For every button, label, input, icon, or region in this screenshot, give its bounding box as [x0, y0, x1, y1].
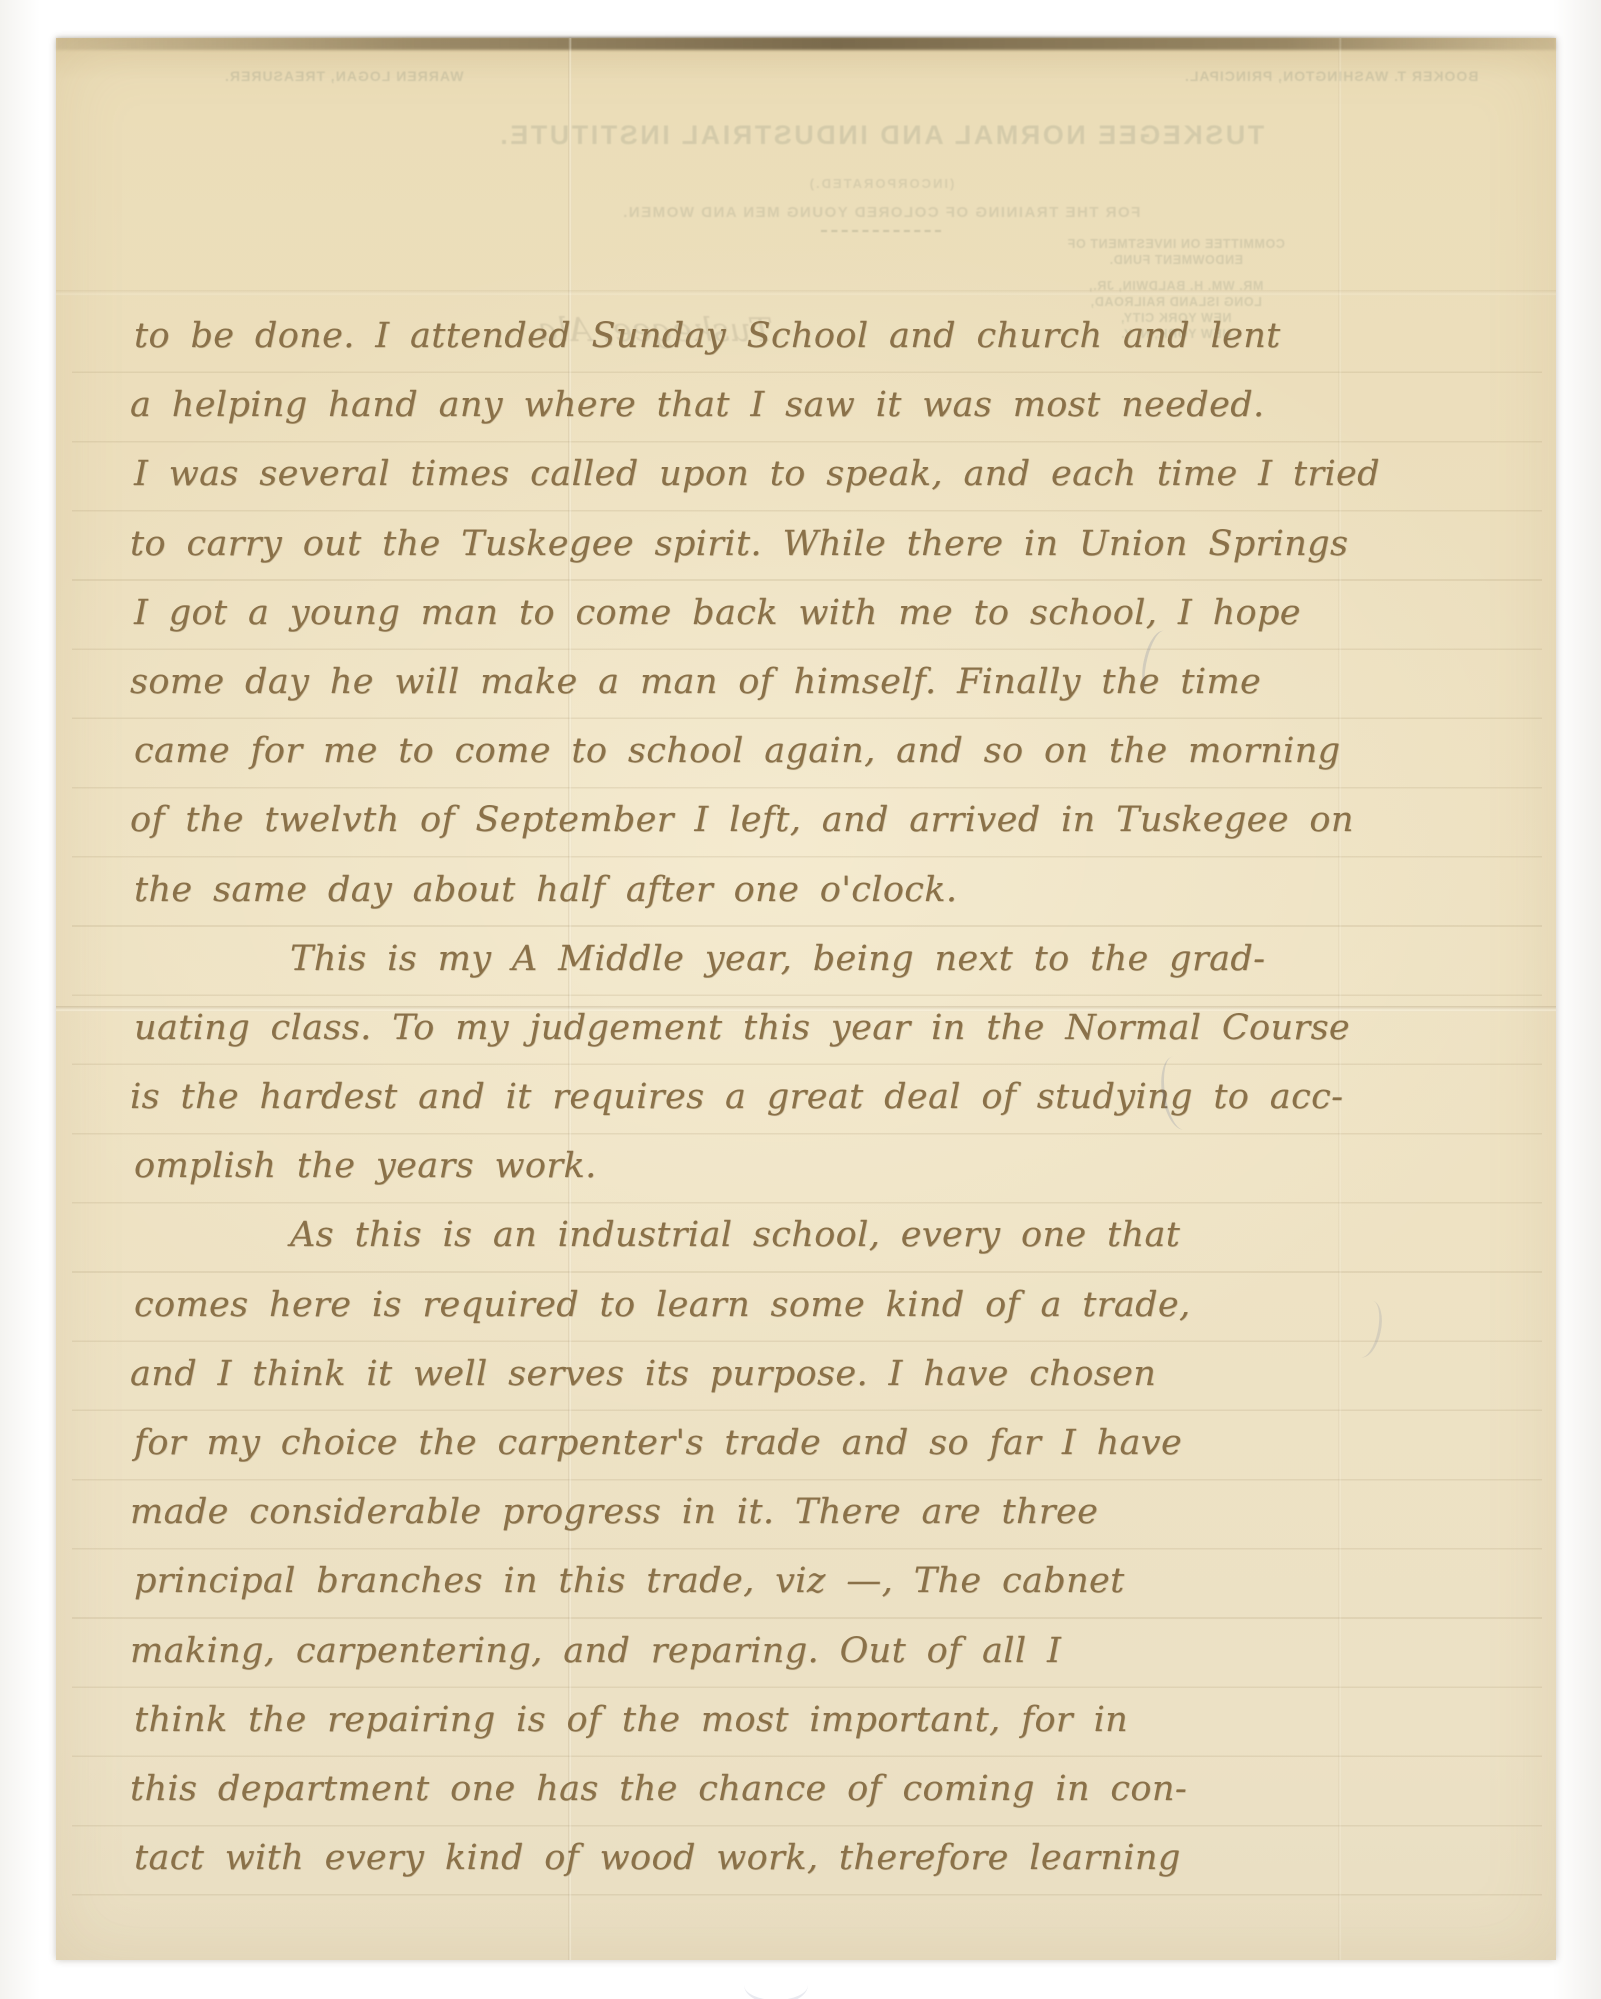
handwriting-line: omplish the years work.	[134, 1132, 1250, 1201]
handwriting-line: to be done. I attended Sunday School and…	[134, 302, 1250, 371]
bleedthrough-institute-title: TUSKEGEE NORMAL AND INDUSTRIAL INSTITUTE…	[456, 120, 1306, 151]
handwriting-line: principal branches in this trade, viz —,…	[134, 1547, 1250, 1616]
handwriting-line: the same day about half after one o'cloc…	[134, 856, 1250, 925]
handwriting-line: to carry out the Tuskegee spirit. While …	[130, 510, 1250, 579]
handwriting-line: As this is an industrial school, every o…	[130, 1201, 1250, 1270]
letter-body: to be done. I attended Sunday School and…	[130, 302, 1250, 1893]
paper-top-shadow	[56, 37, 1556, 50]
handwriting-line: came for me to come to school again, and…	[134, 717, 1250, 786]
handwriting-line: this department one has the chance of co…	[130, 1755, 1250, 1824]
pencil-smudge	[744, 1966, 808, 1999]
handwriting-line: This is my A Middle year, being next to …	[130, 925, 1250, 994]
handwriting-line: I got a young man to come back with me t…	[134, 579, 1250, 648]
handwriting-line: for my choice the carpenter's trade and …	[134, 1409, 1250, 1478]
handwriting-line: I was several times called upon to speak…	[134, 440, 1250, 509]
bleedthrough-divider-rule	[821, 230, 941, 232]
handwriting-line: and I think it well serves its purpose. …	[130, 1340, 1250, 1409]
handwriting-line: of the twelvth of September I left, and …	[130, 786, 1250, 855]
handwriting-line: tact with every kind of wood work, there…	[134, 1824, 1250, 1893]
vertical-fold-crease	[1338, 38, 1342, 1960]
letter-page: WARREN LOGAN, TREASURER. BOOKER T. WASHI…	[56, 38, 1556, 1960]
handwriting-line: making, carpentering, and reparing. Out …	[130, 1617, 1250, 1686]
handwriting-line: some day he will make a man of himself. …	[130, 648, 1250, 717]
handwriting-line: uating class. To my judgement this year …	[134, 994, 1250, 1063]
bleedthrough-principal-line: BOOKER T. WASHINGTON, PRINCIPAL.	[1184, 68, 1478, 84]
handwriting-line: comes here is required to learn some kin…	[134, 1271, 1250, 1340]
handwriting-line: a helping hand any where that I saw it w…	[130, 371, 1250, 440]
spacer	[1011, 268, 1341, 278]
bleedthrough-committee-heading2: ENDOWMENT FUND.	[1011, 252, 1341, 268]
bleedthrough-treasurer-line: WARREN LOGAN, TREASURER.	[224, 68, 463, 84]
bleedthrough-incorporated: (INCORPORATED.)	[456, 176, 1306, 191]
bleedthrough-tagline: FOR THE TRAINING OF COLORED YOUNG MEN AN…	[456, 204, 1306, 221]
handwriting-line: made considerable progress in it. There …	[130, 1478, 1250, 1547]
handwriting-line: think the repairing is of the most impor…	[134, 1686, 1250, 1755]
handwriting-line: is the hardest and it requires a great d…	[130, 1063, 1250, 1132]
scan-background: { "page": { "kind": "scanned handwritten…	[0, 0, 1601, 1999]
horizontal-fold-crease	[56, 290, 1556, 296]
bleedthrough-committee-heading1: COMMITTEE ON INVESTMENT OF	[1011, 236, 1341, 252]
